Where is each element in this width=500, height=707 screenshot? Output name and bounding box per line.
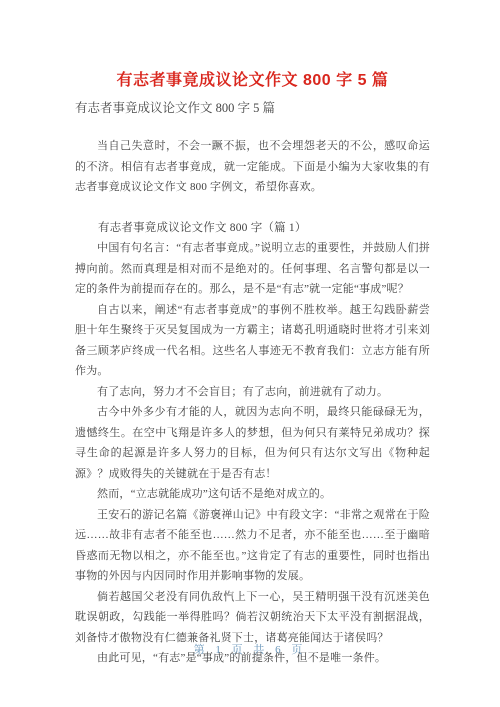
page-number-footer: 第 1 页 共 6 页 xyxy=(0,641,500,657)
document-page: 有志者事竟成议论文作文 800 字 5 篇 有志者事竟成议论文作文 800 字 … xyxy=(0,0,500,707)
section-heading: 有志者事竟成议论文作文 800 字（篇 1） xyxy=(75,218,430,239)
paragraph-list: 中国有句名言：“有志者事竟成。”说明立志的重要性，并鼓励人们拼搏向前。然而真理是… xyxy=(75,238,430,669)
body-paragraph: 倘若越国父老没有同仇敌忾上下一心，吴王精明强干没有沉迷美色耽误朝政，勾践能一举得… xyxy=(75,587,430,649)
body-paragraph: 古今中外多少有才能的人，就因为志向不明，最终只能碌碌无为，遗憾终生。在空中飞翔是… xyxy=(75,402,430,484)
document-subtitle: 有志者事竟成议论文作文 800 字 5 篇 xyxy=(75,100,430,116)
body-paragraph: 王安石的游记名篇《游褒禅山记》中有段文字：“非常之观常在于险远……故非有志者不能… xyxy=(75,505,430,587)
body-paragraph: 中国有句名言：“有志者事竟成。”说明立志的重要性，并鼓励人们拼搏向前。然而真理是… xyxy=(75,238,430,300)
intro-paragraph: 当自己失意时，不会一蹶不振，也不会埋怨老天的不公，感叹命运的不济。相信有志者事竟… xyxy=(75,136,430,198)
body-paragraph: 然而，“立志就能成功”这句话不是绝对成立的。 xyxy=(75,484,430,505)
body-paragraph: 有了志向，努力才不会盲目；有了志向，前进就有了动力。 xyxy=(75,382,430,403)
document-content: 有志者事竟成议论文作文 800 字 5 篇 有志者事竟成议论文作文 800 字 … xyxy=(0,0,500,669)
body-paragraph: 自古以来，阐述“有志者事竟成”的事例不胜枚举。越王勾践卧薪尝胆十年生聚终于灭吴复… xyxy=(75,300,430,382)
document-title: 有志者事竟成议论文作文 800 字 5 篇 xyxy=(65,70,440,92)
